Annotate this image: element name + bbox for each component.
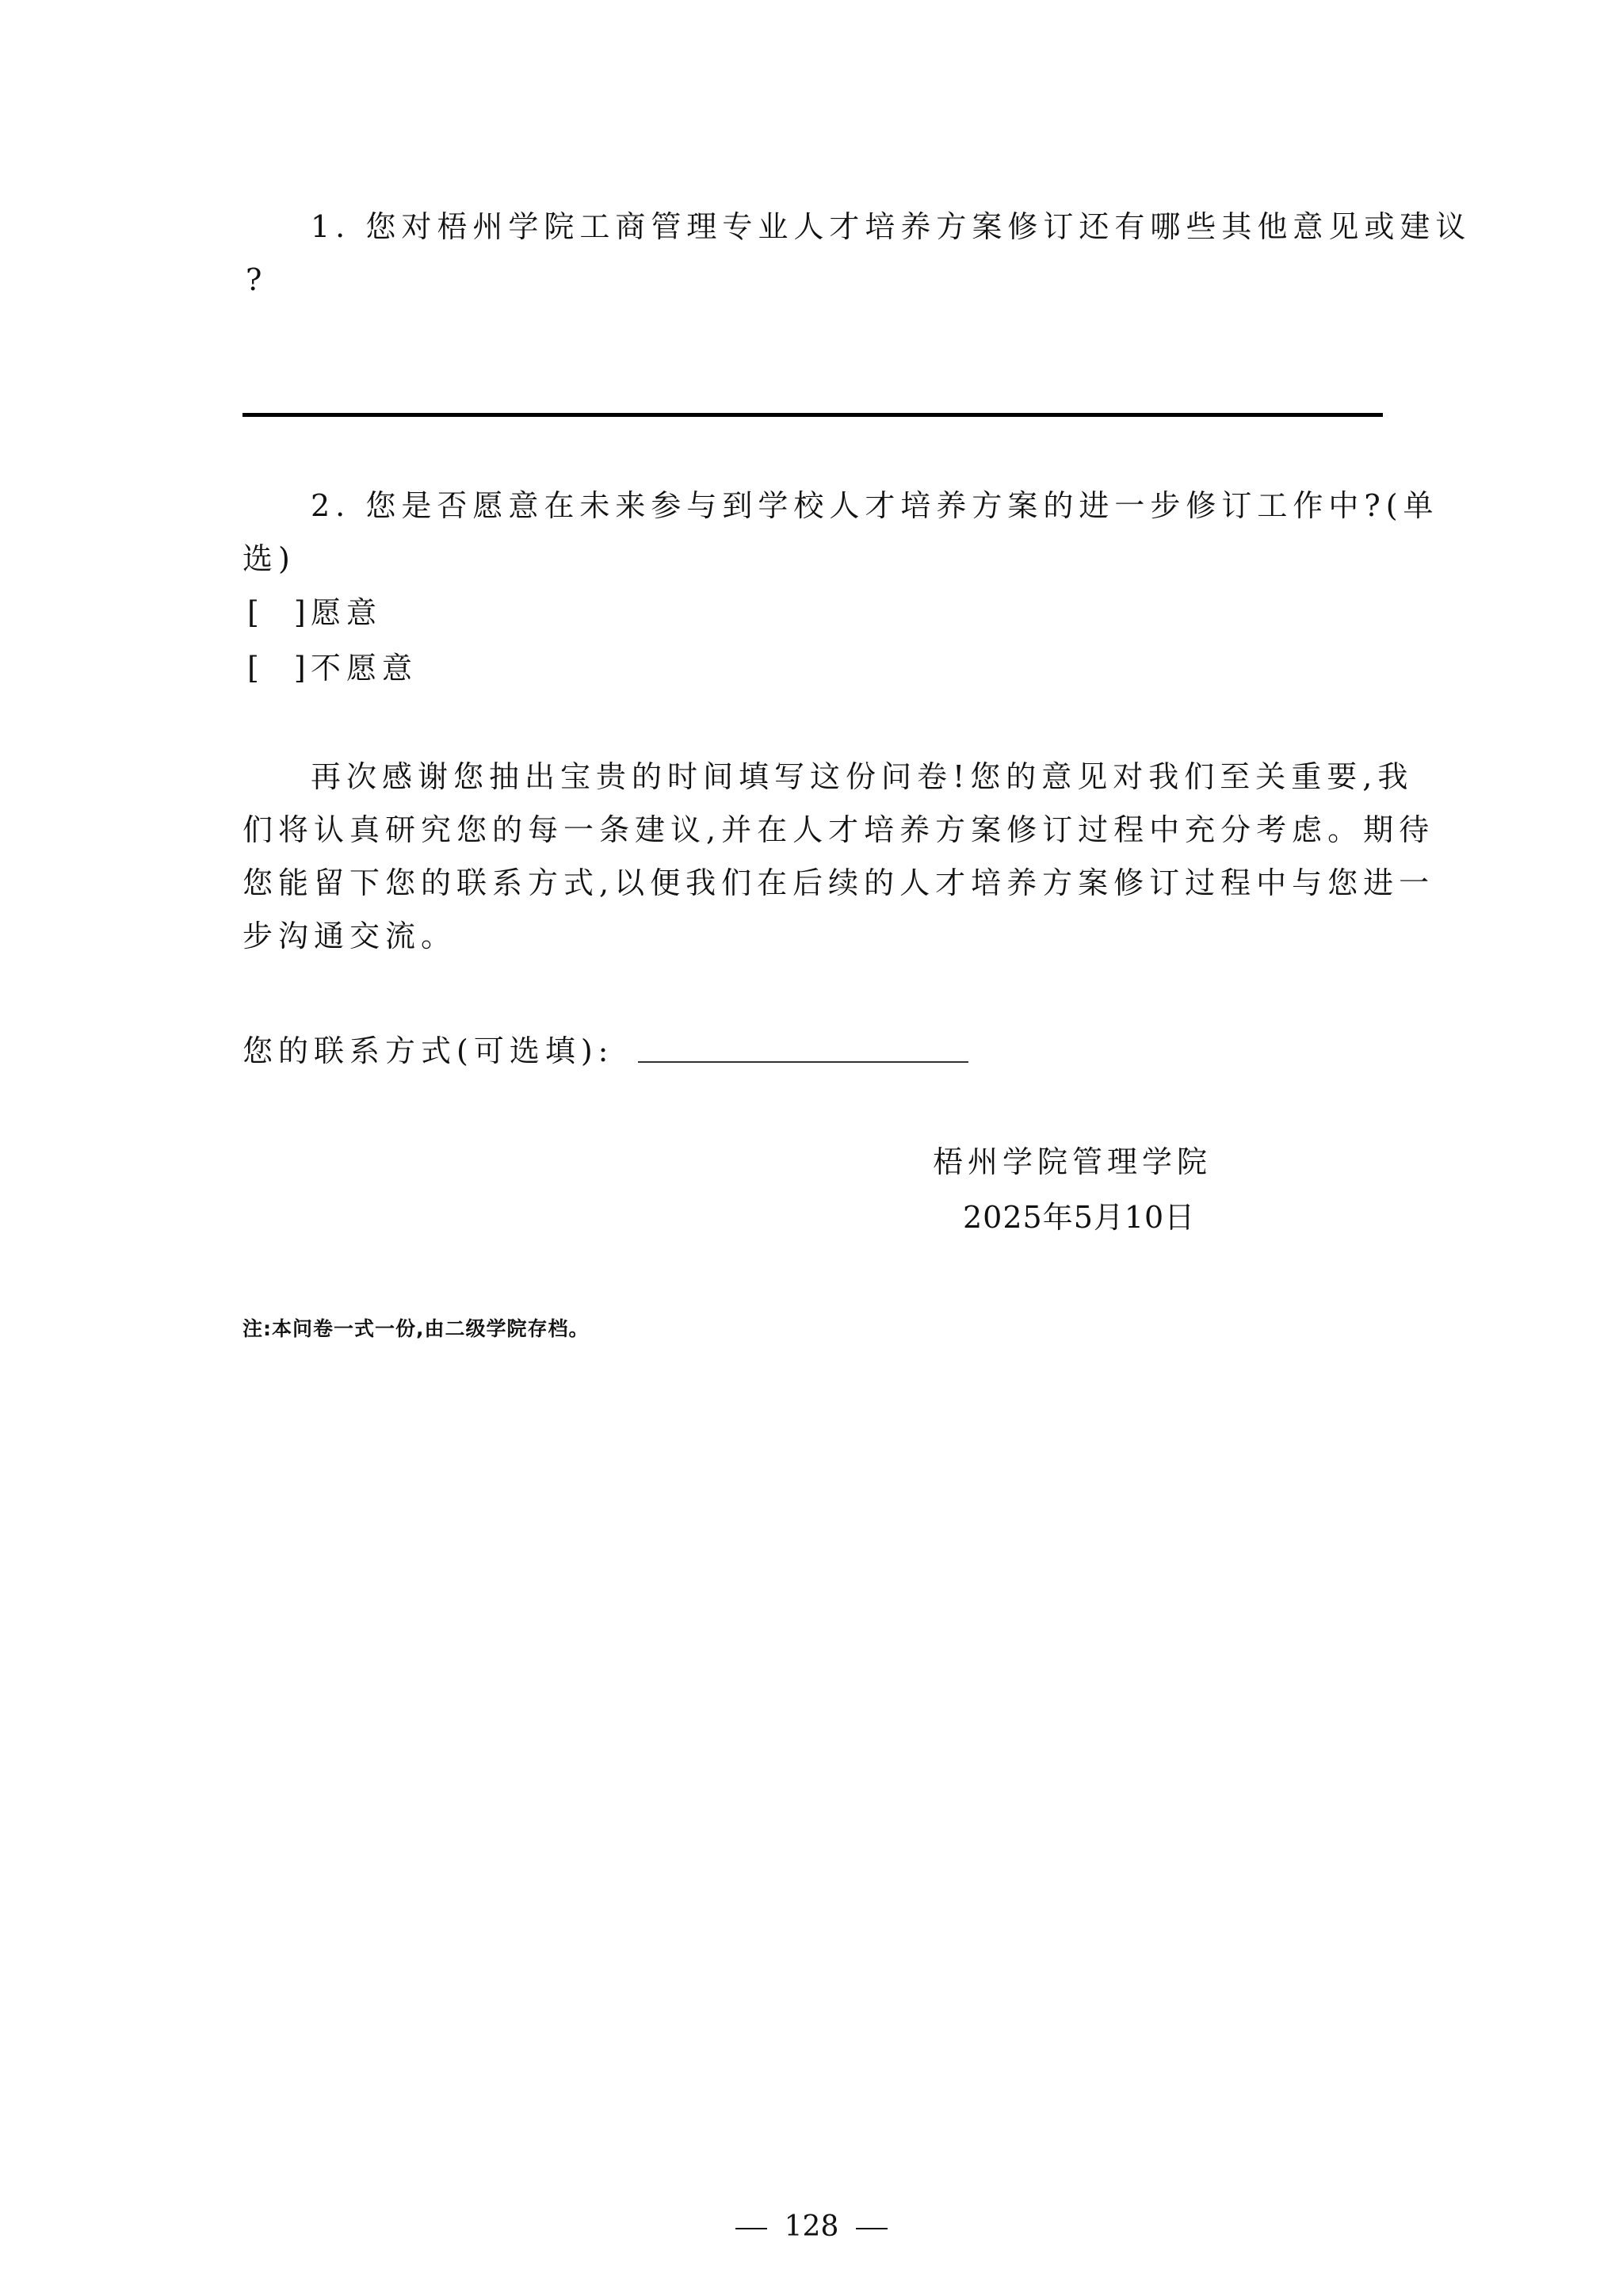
- answer-line: [242, 413, 1383, 417]
- checkbox-unwilling[interactable]: [ ]: [247, 651, 319, 686]
- page-number: 128: [0, 2210, 1623, 2244]
- contact-label: 您的联系方式(可选填):: [242, 1033, 613, 1068]
- archive-note: 注:本问卷一式一份,由二级学院存档。: [242, 1316, 590, 1343]
- closing-paragraph-line-1: 再次感谢您抽出宝贵的时间填写这份问卷!您的意见对我们至关重要,我: [311, 759, 1413, 794]
- checkbox-willing[interactable]: [ ]: [247, 595, 319, 630]
- question-2-text: 2. 您是否愿意在未来参与到学校人才培养方案的进一步修订工作中?(单: [311, 488, 1439, 523]
- dash-left: [735, 2228, 767, 2229]
- closing-paragraph-line-2: 们将认真研究您的每一条建议,并在人才培养方案修订过程中充分考虑。期待: [242, 812, 1434, 847]
- signature-organization: 梧州学院管理学院: [933, 1144, 1212, 1179]
- dash-right: [856, 2228, 888, 2229]
- contact-input-line[interactable]: [638, 1061, 968, 1063]
- closing-paragraph-line-3: 您能留下您的联系方式,以便我们在后续的人才培养方案修订过程中与您进一: [242, 865, 1434, 900]
- option-unwilling-label: 不愿意: [311, 651, 418, 686]
- question-1-text: 1. 您对梧州学院工商管理专业人才培养方案修订还有哪些其他意见或建议: [311, 209, 1471, 244]
- question-1-text-continued: ?: [246, 262, 267, 297]
- question-2-text-continued: 选): [242, 541, 296, 576]
- option-willing-label: 愿意: [311, 595, 382, 630]
- closing-paragraph-line-4: 步沟通交流。: [242, 919, 456, 953]
- page-number-value: 128: [785, 2210, 839, 2243]
- signature-date: 2025年5月10日: [963, 1200, 1195, 1235]
